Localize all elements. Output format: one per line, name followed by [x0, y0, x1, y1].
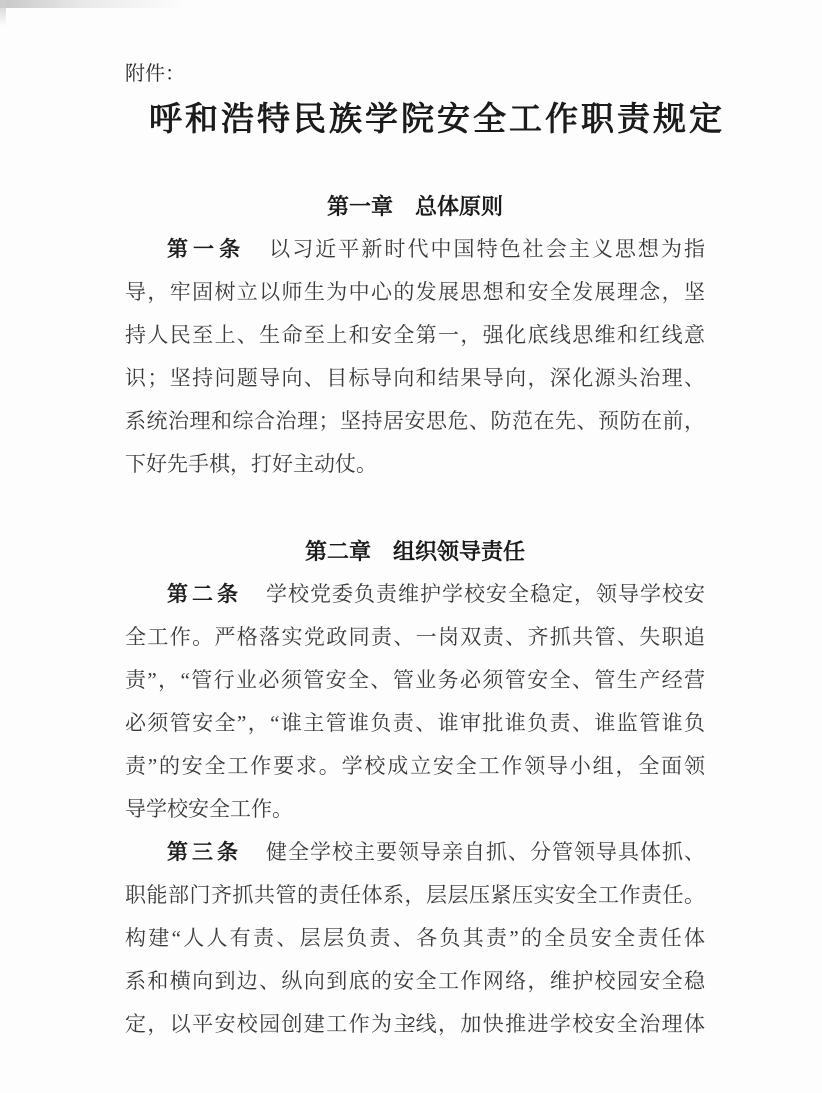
article-2-line-1: 第二条学校党委负责维护学校安全稳定，领导学校安 [125, 573, 705, 616]
article-2-line-4: 必须管安全”，“谁主管谁负责、谁审批谁负责、谁监管谁负 [125, 702, 705, 745]
article-3-line-3: 构建“人人有责、层层负责、各负其责”的全员安全责任体 [125, 917, 705, 960]
article-2: 第二条学校党委负责维护学校安全稳定，领导学校安 全工作。严格落实党政同责、一岗双… [125, 573, 705, 831]
chapter-2-heading: 第二章 组织领导责任 [125, 530, 705, 573]
chapter-1-heading: 第一章 总体原则 [125, 185, 705, 228]
article-1: 第一条以习近平新时代中国特色社会主义思想为指 导，牢固树立以师生为中心的发展思想… [125, 228, 705, 486]
article-2-line-6: 导学校安全工作。 [125, 788, 705, 831]
article-2-label: 第二条 [167, 583, 242, 606]
scan-shadow-left [0, 0, 6, 26]
article-1-line-5: 系统治理和综合治理；坚持居安思危、防范在先、预防在前， [125, 400, 705, 443]
document-page: 附件： 呼和浩特民族学院安全工作职责规定 第一章 总体原则 第一条以习近平新时代… [0, 0, 822, 1093]
article-1-line-4: 识；坚持问题导向、目标导向和结果导向，深化源头治理、 [125, 357, 705, 400]
article-1-line-1: 第一条以习近平新时代中国特色社会主义思想为指 [125, 228, 705, 271]
article-3-line-4: 系和横向到边、纵向到底的安全工作网络，维护校园安全稳 [125, 960, 705, 1003]
article-2-line-2: 全工作。严格落实党政同责、一岗双责、齐抓共管、失职追 [125, 616, 705, 659]
article-3-line-1-text: 健全学校主要领导亲自抓、分管领导具体抓、 [266, 840, 705, 864]
article-1-line-1-text: 以习近平新时代中国特色社会主义思想为指 [269, 237, 705, 261]
attachment-label: 附件： [125, 62, 705, 86]
document-title: 呼和浩特民族学院安全工作职责规定 [125, 97, 705, 141]
document-content: 附件： 呼和浩特民族学院安全工作职责规定 第一章 总体原则 第一条以习近平新时代… [125, 62, 705, 1046]
article-3-line-2: 职能部门齐抓共管的责任体系，层层压紧压实安全工作责任。 [125, 874, 705, 917]
page-number: 2 [0, 1014, 822, 1031]
article-1-line-6: 下好先手棋，打好主动仗。 [125, 443, 705, 486]
article-1-line-3: 持人民至上、生命至上和安全第一，强化底线思维和红线意 [125, 314, 705, 357]
article-1-line-2: 导，牢固树立以师生为中心的发展思想和安全发展理念，坚 [125, 271, 705, 314]
article-2-line-3: 责”，“管行业必须管安全、管业务必须管安全、管生产经营 [125, 659, 705, 702]
article-2-line-5: 责”的安全工作要求。学校成立安全工作领导小组，全面领 [125, 745, 705, 788]
article-3-label: 第三条 [167, 841, 242, 864]
article-3-line-1: 第三条健全学校主要领导亲自抓、分管领导具体抓、 [125, 831, 705, 874]
article-2-line-1-text: 学校党委负责维护学校安全稳定，领导学校安 [266, 582, 705, 606]
article-1-label: 第一条 [167, 238, 245, 261]
scan-shadow-top [0, 0, 185, 8]
